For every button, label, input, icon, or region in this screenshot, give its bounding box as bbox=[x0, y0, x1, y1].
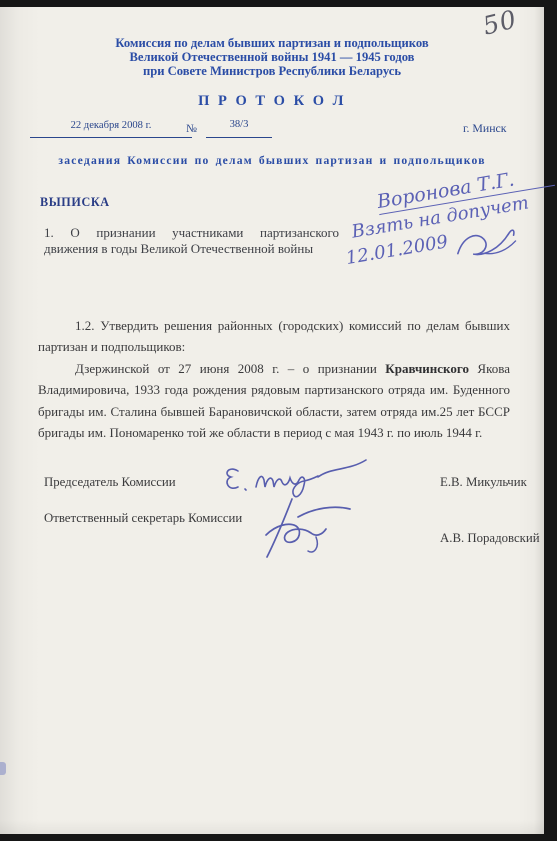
extract-label: ВЫПИСКА bbox=[40, 195, 110, 210]
number-sign: № bbox=[186, 123, 197, 135]
number-underline bbox=[206, 137, 272, 138]
chairman-title: Председатель Комиссии bbox=[44, 475, 176, 490]
secretary-title: Ответственный секретарь Комиссии bbox=[44, 510, 244, 526]
agenda-item-1: 1. О признании участниками партизанского… bbox=[44, 225, 339, 258]
document-page: 50 Комиссия по делам бывших партизан и п… bbox=[0, 7, 544, 834]
document-subtitle: заседания Комиссии по делам бывших парти… bbox=[28, 154, 516, 167]
resolution-paragraph-2: Дзержинской от 27 июня 2008 г. – о призн… bbox=[38, 358, 510, 444]
document-city: г. Минск bbox=[463, 121, 507, 136]
document-date: 22 декабря 2008 г. bbox=[30, 120, 192, 131]
secretary-name: А.В. Порадовский bbox=[440, 531, 540, 546]
handwritten-annotation: Воронова Т.Г. Взять на допучет 12.01.200… bbox=[336, 160, 557, 282]
header-line-3: при Совете Министров Республики Беларусь bbox=[28, 64, 516, 78]
document-number: 38/3 bbox=[206, 119, 272, 130]
resolution-text: 1.2. Утвердить решения районных (городск… bbox=[38, 315, 510, 443]
header-line-1: Комиссия по делам бывших партизан и подп… bbox=[28, 36, 516, 50]
annotation-signature-flourish bbox=[450, 220, 521, 264]
commission-header: Комиссия по делам бывших партизан и подп… bbox=[28, 36, 516, 79]
resolution-paragraph-1: 1.2. Утвердить решения районных (городск… bbox=[38, 315, 510, 358]
document-title: П Р О Т О К О Л bbox=[28, 93, 516, 110]
recognized-person-name: Кравчинского bbox=[385, 361, 469, 376]
secretary-signature bbox=[254, 493, 358, 565]
chairman-name: Е.В. Микульчик bbox=[440, 475, 527, 490]
ink-bleed-mark bbox=[0, 762, 6, 775]
date-underline bbox=[30, 137, 192, 138]
header-line-2: Великой Отечественной войны 1941 — 1945 … bbox=[28, 50, 516, 64]
